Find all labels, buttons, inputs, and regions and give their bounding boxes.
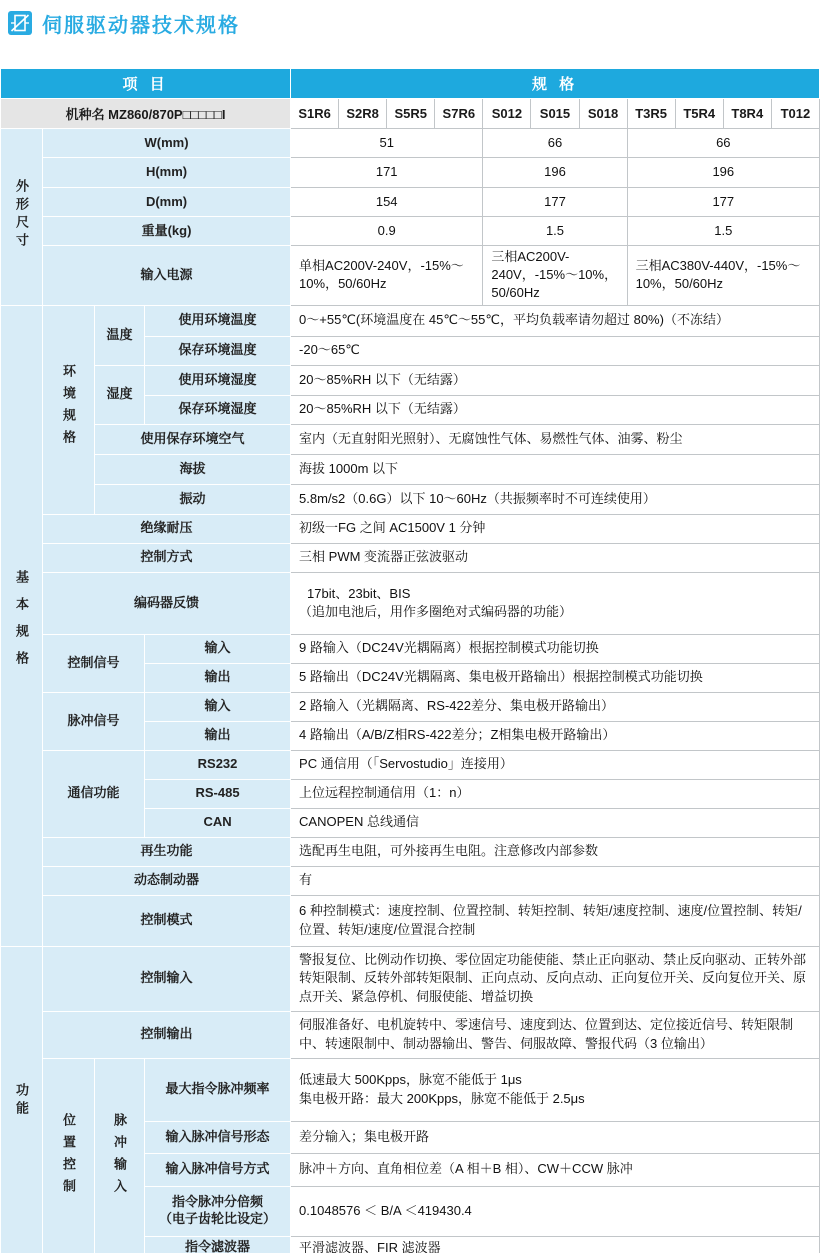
label-ps-output: 输出	[145, 721, 291, 750]
row-use-temp: 基本规格 环境规格 温度 使用环境温度 0～+55℃(环境温度在 45℃～55℃…	[1, 305, 820, 336]
label-weight: 重量(kg)	[43, 217, 291, 246]
value-cs-output: 5 路输出（DC24V光耦隔离、集电极开路输出）根据控制模式功能切换	[291, 663, 820, 692]
row-control-method: 控制方式 三相 PWM 变流器正弦波驱动	[1, 543, 820, 572]
label-ps-input: 输入	[145, 692, 291, 721]
value-ps-input: 2 路输入（光耦隔离、RS-422差分、集电极开路输出）	[291, 692, 820, 721]
row-height: H(mm) 171 196 196	[1, 158, 820, 188]
group-comm: 通信功能	[43, 750, 145, 837]
value-use-humidity: 20～85%RH 以下（无结露）	[291, 365, 820, 395]
label-control-method: 控制方式	[43, 543, 291, 572]
row-use-humidity: 湿度 使用环境湿度 20～85%RH 以下（无结露）	[1, 365, 820, 395]
model-t5r4: T5R4	[675, 99, 723, 129]
row-vibration: 振动 5.8m/s2（0.6G）以下 10～60Hz（共振频率时不可连续使用）	[1, 484, 820, 514]
label-use-humidity: 使用环境湿度	[145, 365, 291, 395]
group-dimensions: 外形尺寸	[1, 129, 43, 306]
row-width: 外形尺寸 W(mm) 51 66 66	[1, 129, 820, 158]
label-can: CAN	[145, 808, 291, 837]
row-control-mode: 控制模式 6 种控制模式：速度控制、位置控制、转矩控制、转矩/速度控制、速度/位…	[1, 895, 820, 946]
value-command-filter: 平滑滤波器、FIR 滤波器	[291, 1236, 820, 1253]
row-encoder: 编码器反馈 17bit、23bit、BIS （追加电池后，用作多圈绝对式编码器的…	[1, 572, 820, 634]
label-control-output: 控制输出	[43, 1011, 291, 1058]
value-encoder: 17bit、23bit、BIS （追加电池后，用作多圈绝对式编码器的功能）	[291, 572, 820, 634]
row-depth: D(mm) 154 177 177	[1, 188, 820, 217]
row-control-signal-input: 控制信号 输入 9 路输入（DC24V光耦隔离）根据控制模式功能切换	[1, 634, 820, 663]
label-width: W(mm)	[43, 129, 291, 158]
value-storage-humidity: 20～85%RH 以下（无结露）	[291, 395, 820, 424]
page-title: 伺服驱动器技术规格	[42, 9, 240, 38]
value-can: CANOPEN 总线通信	[291, 808, 820, 837]
label-control-mode: 控制模式	[43, 895, 291, 946]
item-column-header: 项 目	[1, 69, 291, 99]
row-altitude: 海拔 海拔 1000m 以下	[1, 454, 820, 484]
row-regen: 再生功能 选配再生电阻，可外接再生电阻。注意修改内部参数	[1, 837, 820, 866]
power-group2: 三相AC200V-240V，-15%～10%，50/60Hz	[483, 246, 627, 306]
model-s2r8: S2R8	[339, 99, 387, 129]
model-s5r5: S5R5	[387, 99, 435, 129]
model-t3r5: T3R5	[627, 99, 675, 129]
height-group2: 196	[483, 158, 627, 188]
width-group1: 51	[291, 129, 483, 158]
label-pulse-form: 输入脉冲信号形态	[145, 1121, 291, 1153]
model-s012: S012	[483, 99, 531, 129]
max-freq-line1: 低速最大 500Kpps，脉宽不能低于 1μs	[299, 1071, 811, 1089]
label-dynamic-brake: 动态制动器	[43, 866, 291, 895]
label-vibration: 振动	[95, 484, 291, 514]
label-cs-output: 输出	[145, 663, 291, 692]
row-insulation: 绝缘耐压 初级一FG 之间 AC1500V 1 分钟	[1, 514, 820, 543]
weight-group2: 1.5	[483, 217, 627, 246]
value-control-method: 三相 PWM 变流器正弦波驱动	[291, 543, 820, 572]
label-command-filter: 指令滤波器	[145, 1236, 291, 1253]
model-s7r6: S7R6	[435, 99, 483, 129]
weight-group3: 1.5	[627, 217, 819, 246]
value-rs485: 上位远程控制通信用（1：n）	[291, 779, 820, 808]
label-rs485: RS-485	[145, 779, 291, 808]
group-humidity: 湿度	[95, 365, 145, 424]
value-max-pulse-freq: 低速最大 500Kpps，脉宽不能低于 1μs 集电极开路：最大 200Kpps…	[291, 1058, 820, 1121]
value-gear-ratio: 0.1048576 ＜ B/A ＜419430.4	[291, 1186, 820, 1236]
gear-label-line2: （电子齿轮比设定）	[148, 1211, 287, 1228]
model-s015: S015	[531, 99, 579, 129]
value-rs232: PC 通信用（「Servostudio」连接用）	[291, 750, 820, 779]
width-group3: 66	[627, 129, 819, 158]
spec-column-header: 规 格	[291, 69, 820, 99]
value-control-mode: 6 种控制模式：速度控制、位置控制、转矩控制、转矩/速度控制、速度/位置控制、转…	[291, 895, 820, 946]
label-storage-humidity: 保存环境湿度	[145, 395, 291, 424]
group-control-signal: 控制信号	[43, 634, 145, 692]
value-pulse-mode: 脉冲＋方向、直角相位差（A 相＋B 相）、CW＋CCW 脉冲	[291, 1153, 820, 1186]
label-gear-ratio: 指令脉冲分倍频 （电子齿轮比设定）	[145, 1186, 291, 1236]
power-group3: 三相AC380V-440V，-15%～10%，50/60Hz	[627, 246, 819, 306]
value-use-temp: 0～+55℃(环境温度在 45℃～55℃，平均负载率请勿超过 80%)（不冻结）	[291, 305, 820, 336]
model-name-label: 机种名 MZ860/870P□□□□□I	[1, 99, 291, 129]
value-control-output: 伺服准备好、电机旋转中、零速信号、速度到达、位置到达、定位接近信号、转矩限制中、…	[291, 1011, 820, 1058]
label-encoder: 编码器反馈	[43, 572, 291, 634]
label-rs232: RS232	[145, 750, 291, 779]
group-functions: 功能	[1, 946, 43, 1253]
encoder-line2: （追加电池后，用作多圈绝对式编码器的功能）	[299, 603, 811, 621]
label-altitude: 海拔	[95, 454, 291, 484]
value-control-input: 警报复位、比例动作切换、零位固定功能使能、禁止正向驱动、禁止反向驱动、正转外部转…	[291, 946, 820, 1011]
height-group1: 171	[291, 158, 483, 188]
row-max-pulse-freq: 位置控制 脉冲输入 最大指令脉冲频率 低速最大 500Kpps，脉宽不能低于 1…	[1, 1058, 820, 1121]
value-altitude: 海拔 1000m 以下	[291, 454, 820, 484]
row-dynamic-brake: 动态制动器 有	[1, 866, 820, 895]
group-environment: 环境规格	[43, 305, 95, 514]
row-weight: 重量(kg) 0.9 1.5 1.5	[1, 217, 820, 246]
row-pulse-signal-input: 脉冲信号 输入 2 路输入（光耦隔离、RS-422差分、集电极开路输出）	[1, 692, 820, 721]
label-control-input: 控制输入	[43, 946, 291, 1011]
value-insulation: 初级一FG 之间 AC1500V 1 分钟	[291, 514, 820, 543]
value-cs-input: 9 路输入（DC24V光耦隔离）根据控制模式功能切换	[291, 634, 820, 663]
power-group1: 单相AC200V-240V，-15%～10%，50/60Hz	[291, 246, 483, 306]
label-use-temp: 使用环境温度	[145, 305, 291, 336]
model-t012: T012	[771, 99, 819, 129]
label-storage-temp: 保存环境温度	[145, 336, 291, 365]
group-temperature: 温度	[95, 305, 145, 365]
encoder-line1: 17bit、23bit、BIS	[299, 585, 811, 603]
group-pulse-signal: 脉冲信号	[43, 692, 145, 750]
value-air: 室内（无直射阳光照射）、无腐蚀性气体、易燃性气体、油雾、粉尘	[291, 424, 820, 454]
depth-group1: 154	[291, 188, 483, 217]
label-max-pulse-freq: 最大指令脉冲频率	[145, 1058, 291, 1121]
label-input-power: 输入电源	[43, 246, 291, 306]
spec-table: 项 目 规 格 机种名 MZ860/870P□□□□□I S1R6 S2R8 S…	[0, 68, 820, 1253]
model-s1r6: S1R6	[291, 99, 339, 129]
row-air: 使用保存环境空气 室内（无直射阳光照射）、无腐蚀性气体、易燃性气体、油雾、粉尘	[1, 424, 820, 454]
width-group2: 66	[483, 129, 627, 158]
model-t8r4: T8R4	[723, 99, 771, 129]
label-depth: D(mm)	[43, 188, 291, 217]
value-pulse-form: 差分输入；集电极开路	[291, 1121, 820, 1153]
value-dynamic-brake: 有	[291, 866, 820, 895]
model-s018: S018	[579, 99, 627, 129]
page-header: 伺服驱动器技术规格	[0, 0, 820, 38]
label-height: H(mm)	[43, 158, 291, 188]
height-group3: 196	[627, 158, 819, 188]
model-row: 机种名 MZ860/870P□□□□□I S1R6 S2R8 S5R5 S7R6…	[1, 99, 820, 129]
label-regen: 再生功能	[43, 837, 291, 866]
group-basic-specs: 基本规格	[1, 305, 43, 946]
depth-group3: 177	[627, 188, 819, 217]
value-vibration: 5.8m/s2（0.6G）以下 10～60Hz（共振频率时不可连续使用）	[291, 484, 820, 514]
weight-group1: 0.9	[291, 217, 483, 246]
row-input-power: 输入电源 单相AC200V-240V，-15%～10%，50/60Hz 三相AC…	[1, 246, 820, 306]
value-storage-temp: -20～65℃	[291, 336, 820, 365]
label-pulse-mode: 输入脉冲信号方式	[145, 1153, 291, 1186]
row-rs232: 通信功能 RS232 PC 通信用（「Servostudio」连接用）	[1, 750, 820, 779]
max-freq-line2: 集电极开路：最大 200Kpps，脉宽不能低于 2.5μs	[299, 1090, 811, 1108]
value-ps-output: 4 路输出（A/B/Z相RS-422差分；Z相集电极开路输出）	[291, 721, 820, 750]
row-control-input: 功能 控制输入 警报复位、比例动作切换、零位固定功能使能、禁止正向驱动、禁止反向…	[1, 946, 820, 1011]
spec-document-icon	[8, 11, 32, 35]
label-insulation: 绝缘耐压	[43, 514, 291, 543]
group-position-control: 位置控制	[43, 1058, 95, 1253]
label-cs-input: 输入	[145, 634, 291, 663]
depth-group2: 177	[483, 188, 627, 217]
row-control-output: 控制输出 伺服准备好、电机旋转中、零速信号、速度到达、位置到达、定位接近信号、转…	[1, 1011, 820, 1058]
label-air: 使用保存环境空气	[95, 424, 291, 454]
group-pulse-input: 脉冲输入	[95, 1058, 145, 1253]
gear-label-line1: 指令脉冲分倍频	[148, 1194, 287, 1211]
value-regen: 选配再生电阻，可外接再生电阻。注意修改内部参数	[291, 837, 820, 866]
